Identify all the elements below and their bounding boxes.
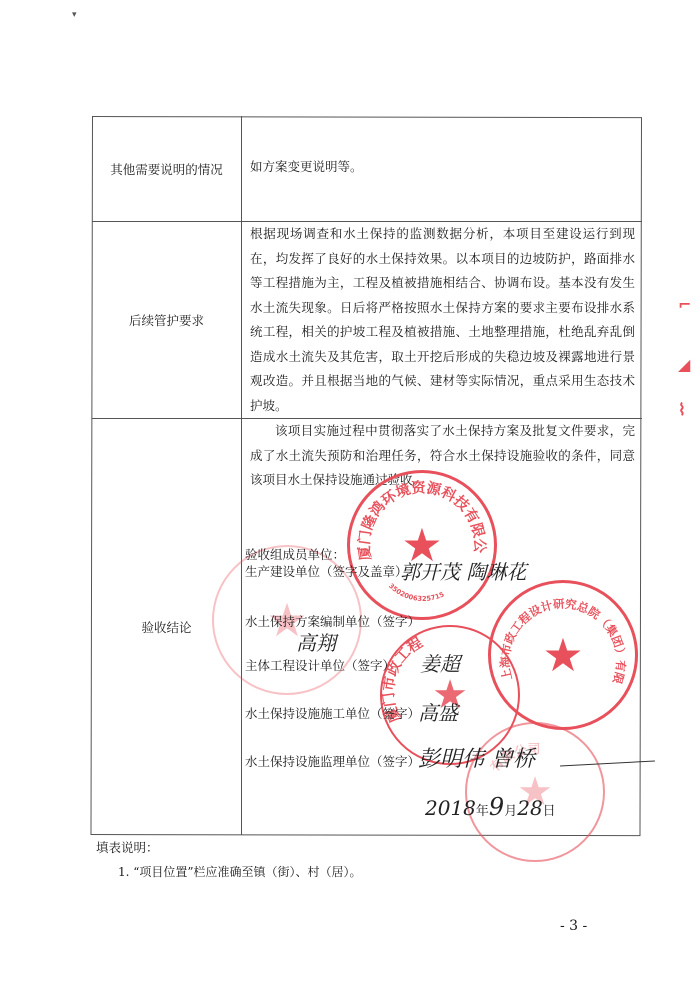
signature-unit-label: 主体工程设计单位（签字） — [245, 658, 395, 673]
edge-seal-fragment: ⌐ — [678, 295, 691, 314]
handwritten-signature: 姜超 — [420, 648, 460, 677]
signature-unit-label: 生产建设单位（签字及盖章） — [245, 564, 408, 579]
star-icon: ★ — [542, 632, 583, 678]
handwritten-signature: 郭开茂 陶琳花 — [400, 556, 526, 585]
notes-item: 1. “项目位置”栏应准确至镇（街）、村（居）。 — [118, 863, 362, 880]
document-page: ▾ 其他需要说明的情况 如方案变更说明等。 后续管护要求 根据现场调查和水土保持… — [0, 0, 700, 989]
notes-title: 填表说明： — [96, 838, 159, 856]
label-follow-up-maintenance: 后续管护要求 — [92, 221, 241, 418]
date-month-unit: 月 — [504, 804, 517, 819]
signature-unit-label: 水土保持设施施工单位（签字） — [245, 706, 420, 721]
signature-date: 2018年9月28日 — [425, 793, 556, 821]
handwritten-signature: 高盛 — [418, 697, 458, 726]
label-other-notes: 其他需要说明的情况 — [92, 116, 241, 221]
date-month: 9 — [489, 793, 504, 821]
members-title: 验收组成员单位： — [245, 545, 345, 563]
page-number: - 3 - — [560, 918, 587, 934]
signature-line-construction-contractor: 水土保持设施施工单位（签字） — [245, 704, 420, 722]
content-other-notes: 如方案变更说明等。 — [250, 155, 635, 180]
date-day: 28 — [517, 796, 542, 820]
content-follow-up-maintenance: 根据现场调查和水土保持的监测数据分析，本项目至建设运行到现在，均发挥了良好的水土… — [250, 222, 635, 418]
date-day-unit: 日 — [543, 804, 556, 819]
date-year: 2018 — [425, 796, 476, 820]
date-year-unit: 年 — [476, 804, 489, 819]
edge-seal-fragment: ⌇ — [678, 400, 686, 419]
signature-unit-label: 水土保持设施监理单位（签字） — [245, 754, 420, 769]
signature-line-construction-unit: 生产建设单位（签字及盖章） — [245, 562, 408, 580]
svg-text:3502006325715: 3502006325715 — [387, 582, 446, 603]
signature-line-design-unit: 主体工程设计单位（签字） — [245, 656, 395, 674]
handwritten-signature: 高翔 — [296, 627, 336, 656]
company-stamp-huanjing: 厦门隆鸿环境资源科技有限公司 3502006325715 ★ — [347, 470, 497, 620]
table-column-divider — [241, 116, 242, 835]
signature-line-supervision-unit: 水土保持设施监理单位（签字） — [245, 752, 420, 770]
edge-seal-fragment: ◢ — [678, 355, 690, 374]
scan-speck: ▾ — [72, 10, 77, 20]
handwritten-signature: 彭明伟 曾桥 — [418, 742, 535, 773]
